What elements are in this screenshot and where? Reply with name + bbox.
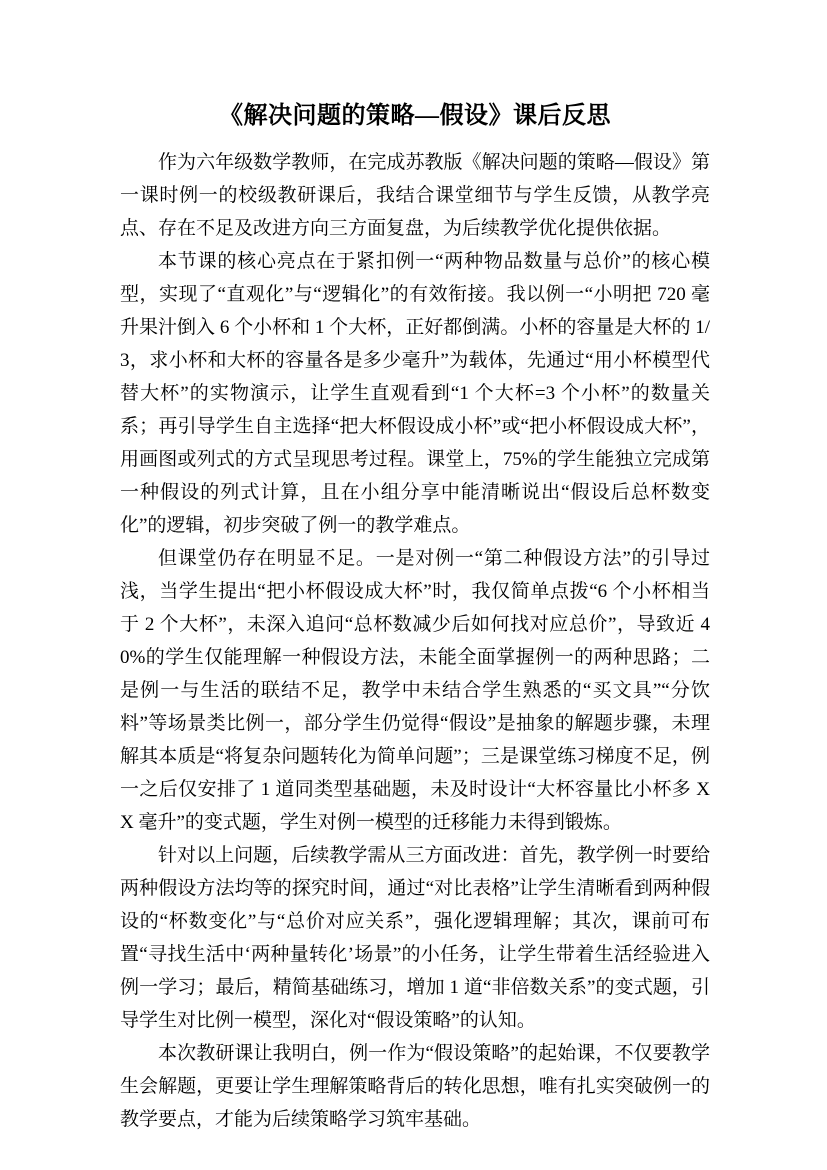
paragraph-shortcomings: 但课堂仍存在明显不足。一是对例一“第二种假设方法”的引导过浅，当学生提出“把小杯… (120, 542, 710, 839)
paragraph-intro: 作为六年级数学教师，在完成苏教版《解决问题的策略—假设》第一课时例一的校级教研课… (120, 146, 710, 245)
document-body: 作为六年级数学教师，在完成苏教版《解决问题的策略—假设》第一课时例一的校级教研课… (120, 146, 710, 1136)
paragraph-improvements: 针对以上问题，后续教学需从三方面改进：首先，教学例一时要给两种假设方法均等的探究… (120, 839, 710, 1037)
paragraph-highlights: 本节课的核心亮点在于紧扣例一“两种物品数量与总价”的核心模型，实现了“直观化”与… (120, 245, 710, 542)
paragraph-conclusion: 本次教研课让我明白，例一作为“假设策略”的起始课，不仅要教学生会解题，更要让学生… (120, 1037, 710, 1136)
document-title: 《解决问题的策略—假设》课后反思 (120, 100, 710, 132)
document-page: 《解决问题的策略—假设》课后反思 作为六年级数学教师，在完成苏教版《解决问题的策… (0, 0, 827, 1170)
